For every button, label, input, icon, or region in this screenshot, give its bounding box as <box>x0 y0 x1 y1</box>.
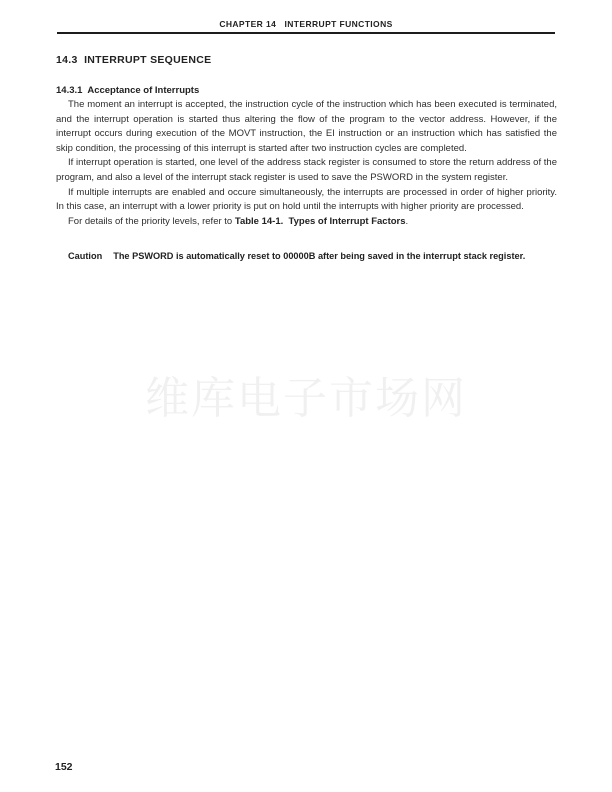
paragraph-acceptance-2: If interrupt operation is started, one l… <box>56 156 557 185</box>
subsection-title: 14.3.1 Acceptance of Interrupts <box>56 85 557 96</box>
page-number: 152 <box>55 761 73 773</box>
paragraph-acceptance-1: The moment an interrupt is accepted, the… <box>56 98 557 156</box>
caution-text: The PSWORD is automatically reset to 000… <box>113 251 525 261</box>
table-reference: Table 14-1. Types of Interrupt Factors <box>235 216 406 227</box>
section-title: 14.3 INTERRUPT SEQUENCE <box>56 54 211 66</box>
caution-note: CautionThe PSWORD is automatically reset… <box>68 251 557 261</box>
document-page: CHAPTER 14 INTERRUPT FUNCTIONS 14.3 INTE… <box>0 0 612 792</box>
paragraph-reference: For details of the priority levels, refe… <box>56 215 557 230</box>
header-rule <box>57 32 555 34</box>
caution-label: Caution <box>68 251 102 261</box>
reference-text: For details of the priority levels, refe… <box>68 216 235 227</box>
watermark-text: 维库电子市场网 <box>0 362 612 426</box>
running-header: CHAPTER 14 INTERRUPT FUNCTIONS <box>57 19 555 29</box>
paragraph-acceptance-3: If multiple interrupts are enabled and o… <box>56 186 557 215</box>
body-content: 14.3.1 Acceptance of Interrupts The mome… <box>56 85 557 261</box>
reference-period: . <box>406 216 409 227</box>
